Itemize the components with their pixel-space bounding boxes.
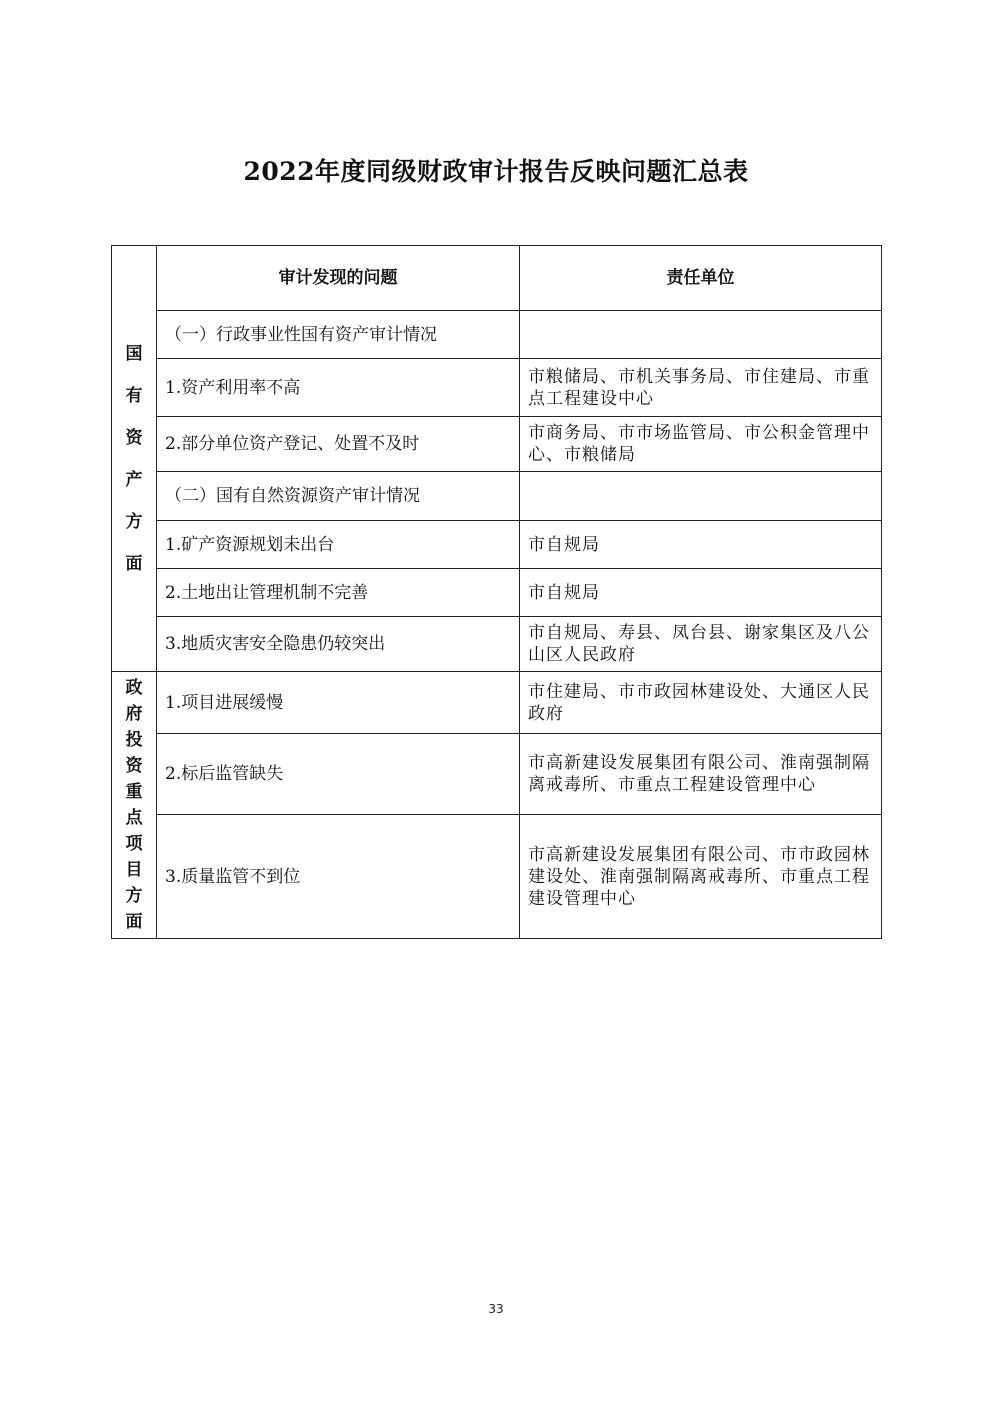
column-header-unit: 责任单位 [520,246,882,311]
table-row-subsection: （一）行政事业性国有资产审计情况 [112,311,882,359]
unit-cell: 市自规局、寿县、凤台县、谢家集区及八公山区人民政府 [520,617,882,672]
page-number: 33 [0,1302,992,1316]
problem-cell: 1.资产利用率不高 [157,359,520,417]
problem-cell: 2.土地出让管理机制不完善 [157,569,520,617]
problem-cell: 1.矿产资源规划未出台 [157,521,520,569]
column-header-problem: 审计发现的问题 [157,246,520,311]
problem-cell: 2.标后监管缺失 [157,734,520,815]
table-row: 2.部分单位资产登记、处置不及时 市商务局、市市场监管局、市公积金管理中心、市粮… [112,417,882,472]
category-label: 国有资产方面 [124,333,144,585]
problem-cell: （二）国有自然资源资产审计情况 [157,472,520,521]
unit-cell: 市自规局 [520,569,882,617]
problem-cell: 1.项目进展缓慢 [157,672,520,734]
problem-cell: 3.地质灾害安全隐患仍较突出 [157,617,520,672]
category-label: 政府投资重点项目方面 [124,675,144,935]
table-row: 政府投资重点项目方面 1.项目进展缓慢 市住建局、市市政园林建设处、大通区人民政… [112,672,882,734]
table-row: 1.矿产资源规划未出台 市自规局 [112,521,882,569]
table-row: 1.资产利用率不高 市粮储局、市机关事务局、市住建局、市重点工程建设中心 [112,359,882,417]
table-row: 2.标后监管缺失 市高新建设发展集团有限公司、淮南强制隔离戒毒所、市重点工程建设… [112,734,882,815]
unit-cell: 市高新建设发展集团有限公司、市市政园林建设处、淮南强制隔离戒毒所、市重点工程建设… [520,815,882,939]
unit-cell: 市住建局、市市政园林建设处、大通区人民政府 [520,672,882,734]
unit-cell [520,472,882,521]
unit-cell: 市粮储局、市机关事务局、市住建局、市重点工程建设中心 [520,359,882,417]
problem-cell: 3.质量监管不到位 [157,815,520,939]
table-row: 3.质量监管不到位 市高新建设发展集团有限公司、市市政园林建设处、淮南强制隔离戒… [112,815,882,939]
audit-issues-table: 国有资产方面 审计发现的问题 责任单位 （一）行政事业性国有资产审计情况 1.资… [111,245,882,939]
unit-cell: 市高新建设发展集团有限公司、淮南强制隔离戒毒所、市重点工程建设管理中心 [520,734,882,815]
table-row: 3.地质灾害安全隐患仍较突出 市自规局、寿县、凤台县、谢家集区及八公山区人民政府 [112,617,882,672]
page-title: 2022年度同级财政审计报告反映问题汇总表 [0,152,992,192]
table-header-row: 国有资产方面 审计发现的问题 责任单位 [112,246,882,311]
table-row-subsection: （二）国有自然资源资产审计情况 [112,472,882,521]
table-row: 2.土地出让管理机制不完善 市自规局 [112,569,882,617]
unit-cell [520,311,882,359]
category-cell-gov-investment: 政府投资重点项目方面 [112,672,157,939]
unit-cell: 市自规局 [520,521,882,569]
problem-cell: （一）行政事业性国有资产审计情况 [157,311,520,359]
problem-cell: 2.部分单位资产登记、处置不及时 [157,417,520,472]
unit-cell: 市商务局、市市场监管局、市公积金管理中心、市粮储局 [520,417,882,472]
category-cell-state-assets: 国有资产方面 [112,246,157,672]
